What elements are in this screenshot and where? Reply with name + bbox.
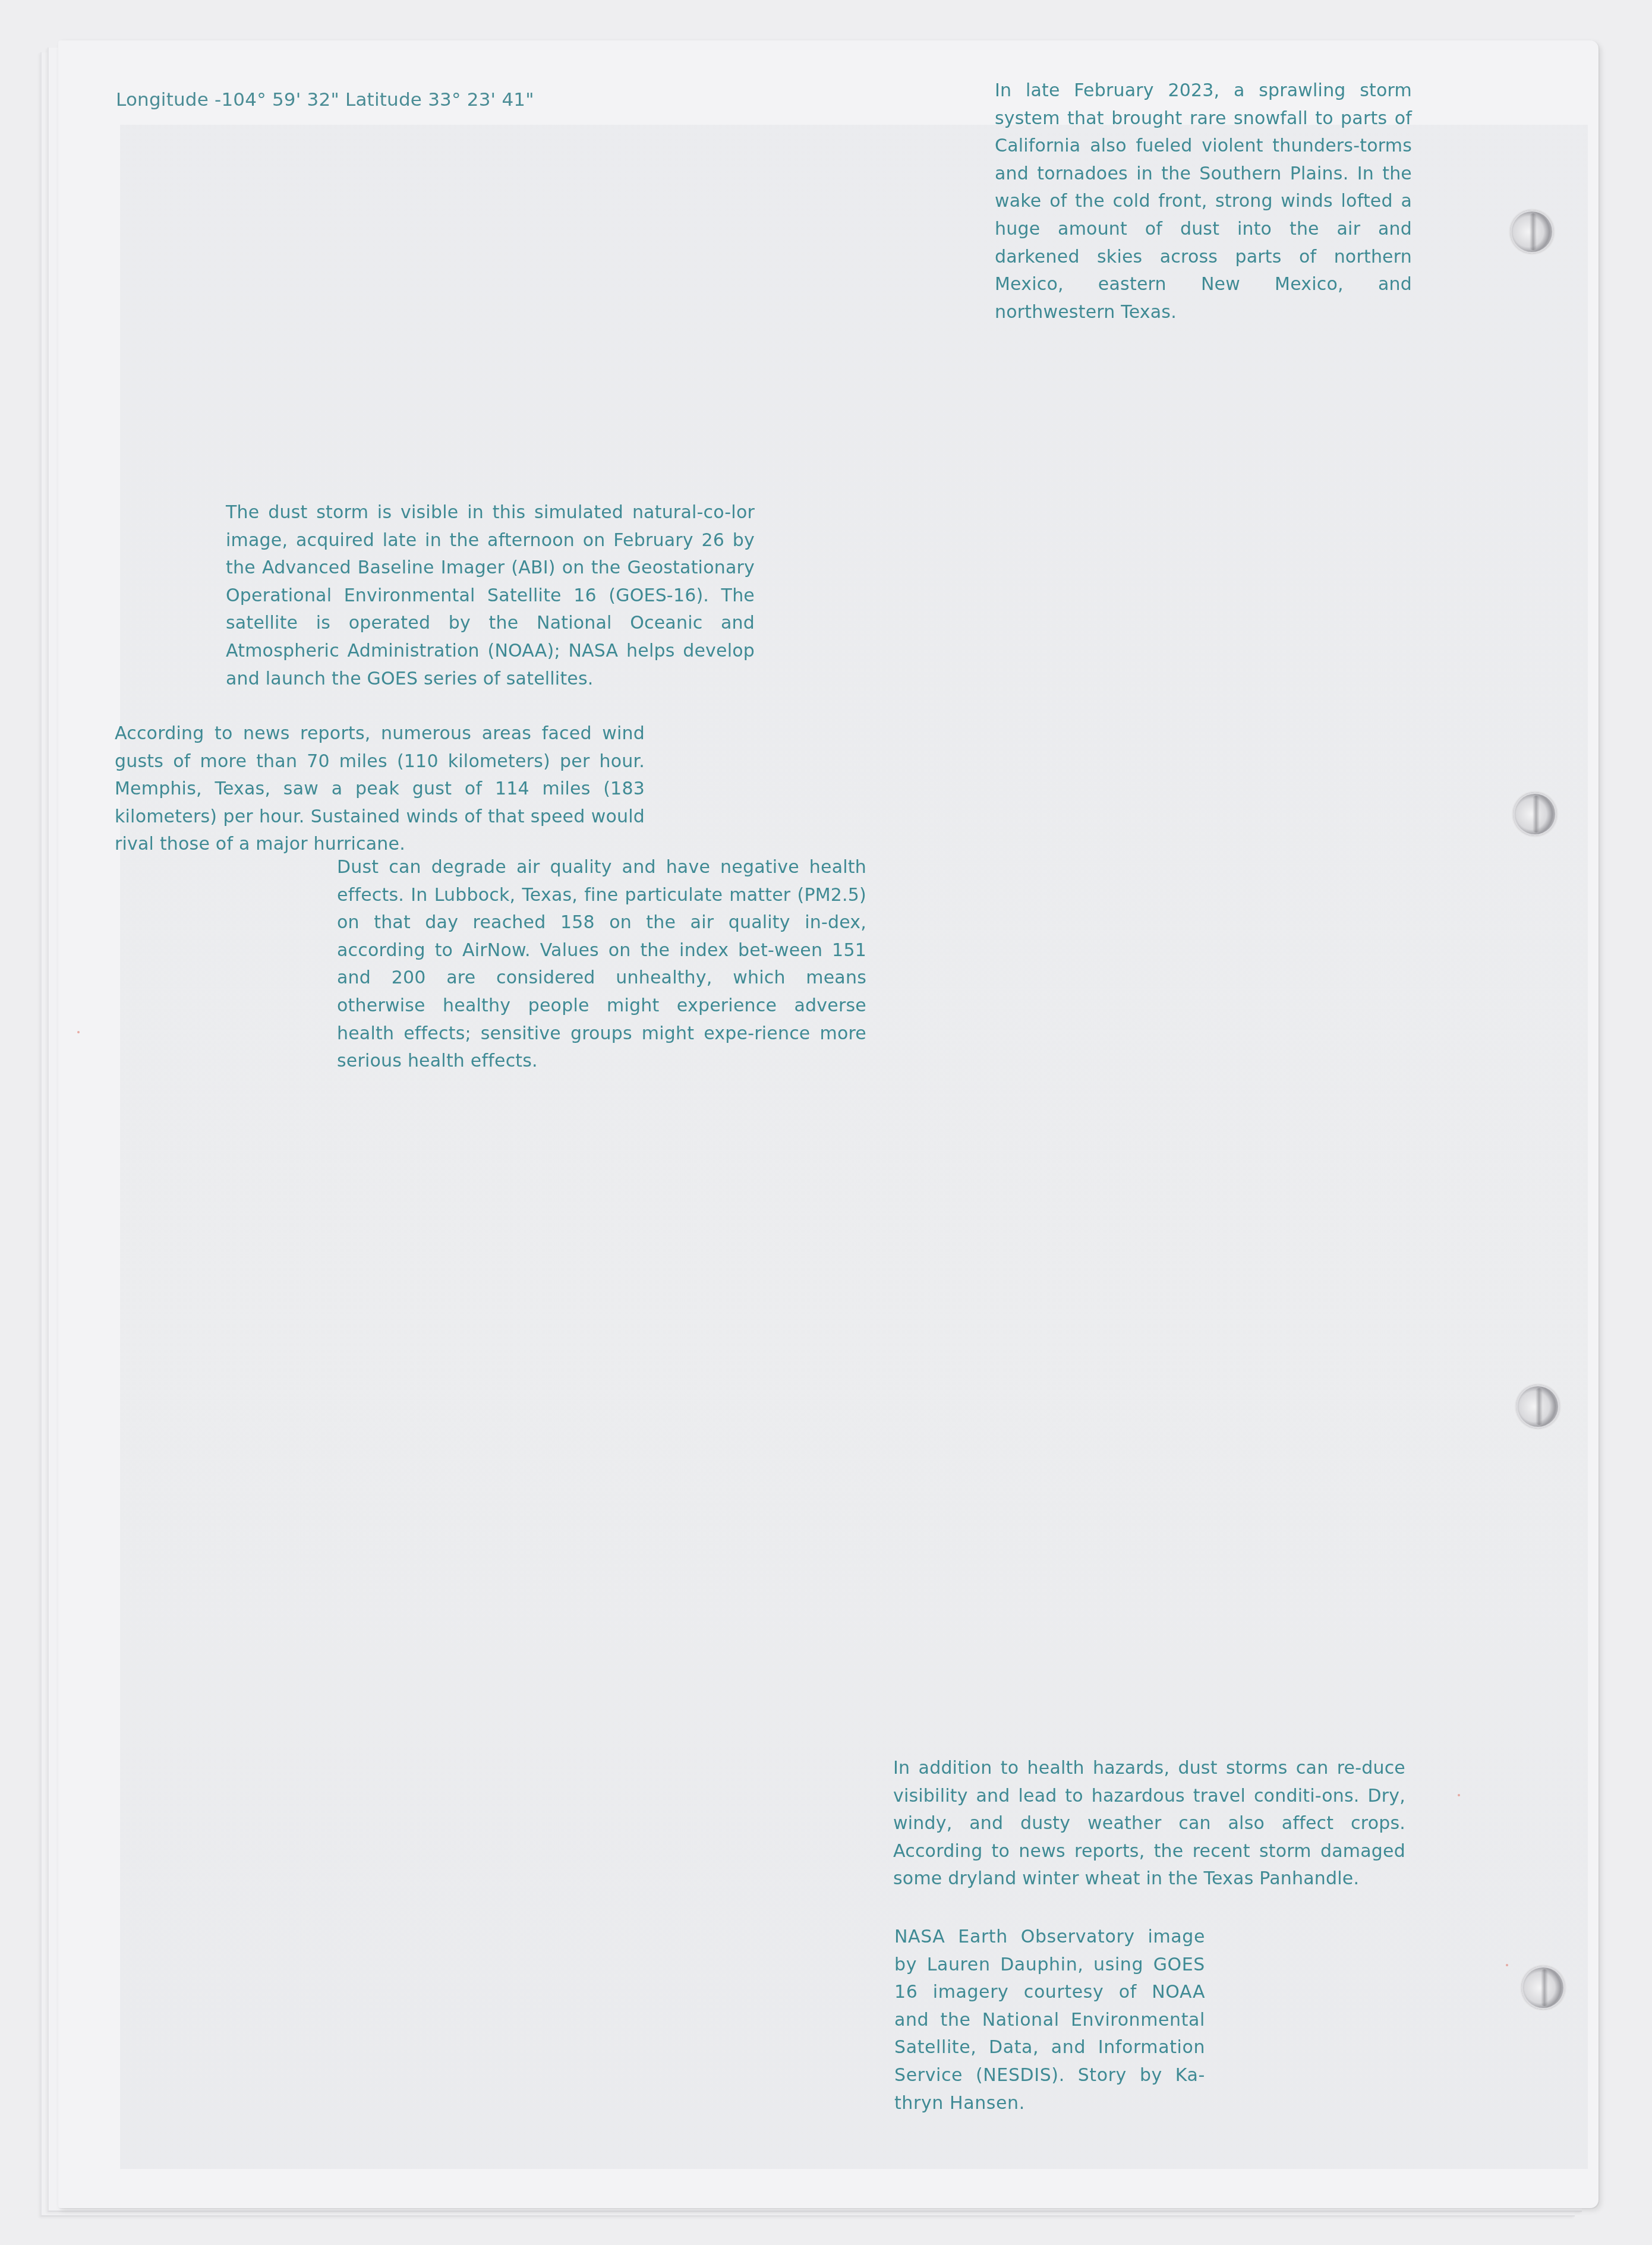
binder-hole-icon xyxy=(1521,1966,1565,2010)
ink-speck xyxy=(1458,1794,1460,1796)
ink-speck xyxy=(77,1031,80,1033)
intro-paragraph: In late February 2023, a sprawling storm… xyxy=(995,77,1412,326)
photo-scene: Longitude -104° 59' 32" Latitude 33° 23'… xyxy=(0,0,1652,2245)
image-credit-paragraph: NASA Earth Observatory image by Lauren D… xyxy=(894,1924,1205,2117)
image-caption-paragraph: The dust storm is visible in this simula… xyxy=(226,499,755,693)
binder-hole-icon xyxy=(1516,1385,1560,1429)
travel-crops-paragraph: In addition to health hazards, dust stor… xyxy=(893,1755,1405,1893)
coordinates-label: Longitude -104° 59' 32" Latitude 33° 23'… xyxy=(116,88,534,112)
binder-hole-icon xyxy=(1510,210,1554,254)
ink-speck xyxy=(1506,1964,1508,1966)
wind-gusts-paragraph: According to news reports, numerous area… xyxy=(115,720,645,859)
health-effects-paragraph: Dust can degrade air quality and have ne… xyxy=(337,854,866,1076)
binder-hole-icon xyxy=(1513,792,1557,836)
